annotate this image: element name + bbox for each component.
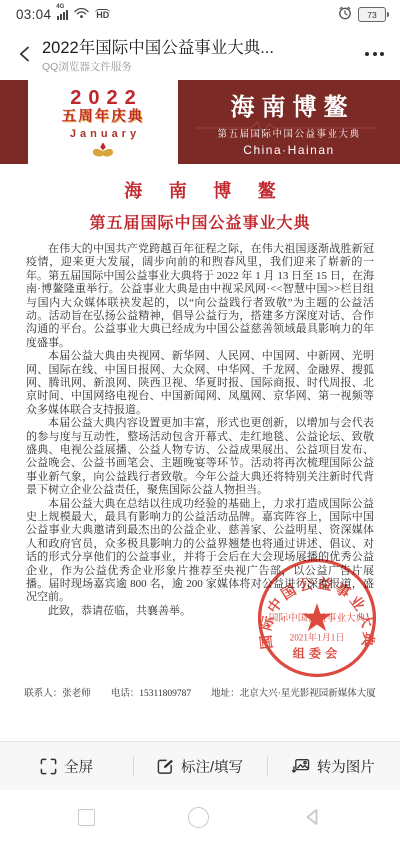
banner-year: 2022 — [70, 87, 143, 109]
closing-line: 此致，恭请莅临，共襄善举。 — [26, 605, 374, 618]
clock-time: 03:04 — [16, 7, 51, 22]
banner-event-panel: 海南博鳌 第五届国际中国公益事业大典 China·Hainan — [178, 80, 400, 164]
paragraph: 本届公益大典在总结以往成功经验的基础上，力求打造成国际公益史上规模最大，最具有影… — [26, 498, 374, 605]
contact-person: 联系人：张老师 — [24, 685, 91, 699]
document-banner: 2022 五周年庆典 January 海南博鳌 第五届国际中国公益事业大典 Ch… — [0, 80, 400, 164]
annotate-button[interactable]: 标注/填写 — [133, 742, 266, 790]
paragraph: 本届公益大典内容设置更加丰富，形式也更创新，以增加与会代表的参与度与互动性，整场… — [26, 417, 374, 497]
bottom-toolbar: 全屏 标注/填写 转为图片 — [0, 741, 400, 790]
wifi-icon — [74, 7, 89, 22]
banner-month-label: January — [70, 128, 140, 140]
fullscreen-label: 全屏 — [64, 756, 93, 777]
contact-line: 联系人：张老师 电话：15311809787 地址：北京大兴·星光影视园新媒体大… — [0, 685, 400, 699]
cellular-signal-icon: 4G — [57, 9, 68, 20]
android-nav-bar — [0, 790, 400, 844]
title-bar: 2022年国际中国公益事业大典... QQ浏览器文件服务 — [0, 28, 400, 80]
convert-to-image-button[interactable]: 转为图片 — [267, 742, 400, 790]
convert-image-label: 转为图片 — [317, 756, 375, 777]
annotate-label: 标注/填写 — [181, 756, 243, 777]
banner-anniversary-label: 五周年庆典 — [62, 110, 145, 126]
phone-screen: 03:04 4G HD 73 2022年国际中国公益事业大典... QQ浏览器文… — [0, 0, 400, 844]
home-button[interactable] — [188, 807, 209, 828]
hands-logo-icon — [90, 141, 116, 158]
banner-left-bar — [0, 80, 28, 164]
chevron-left-icon — [21, 47, 28, 60]
doc-heading-line2: 第五届国际中国公益事业大典 — [26, 210, 374, 233]
document-title: 2022年国际中国公益事业大典... — [42, 34, 363, 58]
paragraph: 在伟大的中国共产党跨越百年征程之际，在伟大祖国逐渐战胜新冠疫情，迎来更大发展，阔… — [26, 243, 374, 350]
more-menu-button[interactable] — [363, 44, 386, 64]
recents-button[interactable] — [78, 809, 95, 826]
volte-hd-icon: HD — [95, 9, 110, 20]
banner-event-title: 海南博鳌 — [231, 87, 355, 122]
battery-icon: 73 — [358, 7, 386, 22]
doc-heading-line1: 海 南 博 鳌 — [37, 177, 374, 203]
alarm-clock-icon — [338, 6, 352, 23]
nav-back-button[interactable] — [302, 807, 322, 827]
status-bar: 03:04 4G HD 73 — [0, 0, 400, 28]
banner-event-location: China·Hainan — [243, 143, 334, 157]
paragraph: 本届公益大典由央视网、新华网、人民网、中国网、中新网、光明网、国际在线、中国日报… — [26, 350, 374, 417]
signal-4g-label: 4G — [56, 4, 64, 10]
fullscreen-icon — [40, 758, 57, 775]
contact-address: 地址：北京大兴·星光影视园新媒体大厦 — [211, 685, 376, 699]
contact-phone: 电话：15311809787 — [111, 685, 191, 699]
convert-image-icon — [292, 758, 310, 775]
banner-event-subtitle: 第五届国际中国公益事业大典 — [217, 126, 360, 140]
battery-percent: 73 — [367, 10, 376, 20]
seal-committee: 组委会 — [293, 646, 342, 661]
file-service-label: QQ浏览器文件服务 — [42, 59, 363, 74]
fullscreen-button[interactable]: 全屏 — [0, 742, 133, 790]
annotate-icon — [157, 758, 174, 775]
seal-date: 2021年1月1日 — [290, 631, 345, 642]
back-button[interactable] — [10, 36, 40, 72]
document-viewer[interactable]: 2022 五周年庆典 January 海南博鳌 第五届国际中国公益事业大典 Ch… — [0, 80, 400, 741]
banner-anniversary-panel: 2022 五周年庆典 January — [28, 80, 178, 164]
document-body: 海 南 博 鳌 第五届国际中国公益事业大典 在伟大的中国共产党跨越百年征程之际，… — [0, 164, 400, 618]
